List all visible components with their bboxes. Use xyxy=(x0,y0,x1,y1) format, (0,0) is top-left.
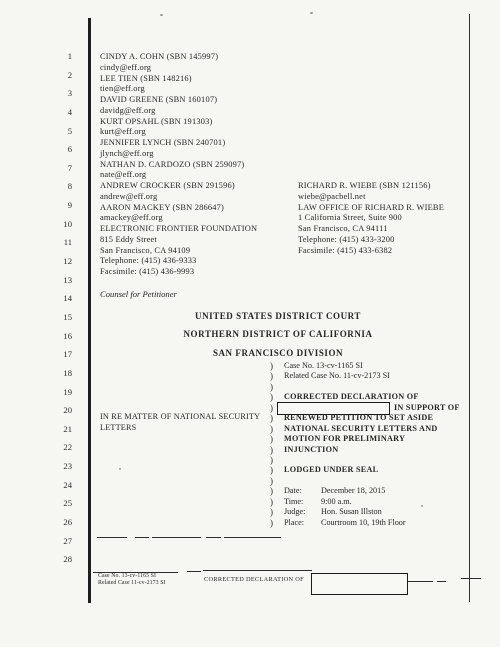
hearing-judge-row: Judge:Hon. Susan Illston xyxy=(284,507,460,517)
firm-city: San Francisco, CA 94109 xyxy=(100,246,257,257)
line-number: 15 xyxy=(56,312,78,331)
hearing-judge-value: Hon. Susan Illston xyxy=(321,507,382,516)
signature-dash-line xyxy=(206,537,221,538)
attorney-name: JENNIFER LYNCH (SBN 240701) xyxy=(100,138,257,149)
caption-bracket: ) xyxy=(270,413,273,423)
firm-name: ELECTRONIC FRONTIER FOUNDATION xyxy=(100,224,257,235)
footer-separator-line xyxy=(187,571,201,572)
line-number: 18 xyxy=(56,368,78,387)
signature-dash-line xyxy=(152,537,201,538)
hearing-date-value: December 18, 2015 xyxy=(321,486,385,495)
line-number: 23 xyxy=(56,461,78,480)
line-number: 17 xyxy=(56,349,78,368)
caption-bracket: ) xyxy=(270,518,273,528)
scanned-court-document-page: 1 2 3 4 5 6 7 8 9 10 11 12 13 14 15 16 1… xyxy=(0,0,500,647)
court-district: NORTHERN DISTRICT OF CALIFORNIA xyxy=(88,329,468,339)
attorney-email: wiebe@pacbell.net xyxy=(298,192,444,203)
hearing-time-row: Time:9:00 a.m. xyxy=(284,497,460,507)
line-number: 14 xyxy=(56,293,78,312)
line-number: 7 xyxy=(56,163,78,182)
footer-separator-line xyxy=(461,578,481,579)
footer-case-numbers: Case No. 13-cv-1165 SI Related Case 11-c… xyxy=(98,573,166,588)
line-number: 22 xyxy=(56,442,78,461)
court-division: SAN FRANCISCO DIVISION xyxy=(88,348,468,358)
hearing-date-row: Date:December 18, 2015 xyxy=(284,486,460,496)
signature-dash-line xyxy=(224,537,281,538)
attorney-name: DAVID GREENE (SBN 160107) xyxy=(100,95,257,106)
hearing-place-row: Place:Courtroom 10, 19th Floor xyxy=(284,518,460,528)
line-number: 16 xyxy=(56,331,78,350)
line-number: 25 xyxy=(56,498,78,517)
document-title-line: NATIONAL SECURITY LETTERS AND xyxy=(284,424,460,434)
line-number: 21 xyxy=(56,424,78,443)
caption-bracket: ) xyxy=(270,434,273,444)
line-number: 27 xyxy=(56,536,78,555)
caption-bracket: ) xyxy=(270,476,273,486)
line-number: 12 xyxy=(56,256,78,275)
redaction-box-declarant-name xyxy=(277,402,390,415)
footer-redaction-box xyxy=(311,573,408,595)
firm-street: 815 Eddy Street xyxy=(100,235,257,246)
attorney-email: kurt@eff.org xyxy=(100,127,257,138)
hearing-place-label: Place: xyxy=(284,518,321,528)
document-title-line: MOTION FOR PRELIMINARY xyxy=(284,434,460,444)
signature-dash-line xyxy=(97,537,127,538)
firm-facsimile: Facsimile: (415) 433-6382 xyxy=(298,246,444,257)
line-number: 5 xyxy=(56,126,78,145)
footer-case-number: Case No. 13-cv-1165 SI xyxy=(98,573,166,581)
hearing-date-label: Date: xyxy=(284,486,321,496)
pleading-right-rule xyxy=(469,14,470,602)
caption-bracket: ) xyxy=(270,382,273,392)
document-title-line: RENEWED PETITION TO SET ASIDE xyxy=(284,413,460,423)
firm-street: 1 California Street, Suite 900 xyxy=(298,213,444,224)
firm-telephone: Telephone: (415) 436-9333 xyxy=(100,256,257,267)
attorney-name: LEE TIEN (SBN 148216) xyxy=(100,74,257,85)
attorney-email: andrew@eff.org xyxy=(100,192,257,203)
line-number: 26 xyxy=(56,517,78,536)
caption-bracket: ) xyxy=(270,424,273,434)
firm-facsimile: Facsimile: (415) 436-9993 xyxy=(100,267,257,278)
attorney-email: cindy@eff.org xyxy=(100,63,257,74)
footer-separator-line xyxy=(203,570,312,571)
hearing-time-label: Time: xyxy=(284,497,321,507)
caption-bracket: ) xyxy=(270,371,273,381)
footer-separator-line xyxy=(406,581,433,582)
firm-name: LAW OFFICE OF RICHARD R. WIEBE xyxy=(298,203,444,214)
line-number: 4 xyxy=(56,107,78,126)
line-number: 10 xyxy=(56,219,78,238)
attorney-email: jlynch@eff.org xyxy=(100,149,257,160)
counsel-block-wiebe: RICHARD R. WIEBE (SBN 121156) wiebe@pacb… xyxy=(298,181,444,256)
caption-bracket: ) xyxy=(270,455,273,465)
line-number: 6 xyxy=(56,144,78,163)
caption-bracket: ) xyxy=(270,361,273,371)
hearing-judge-label: Judge: xyxy=(284,507,321,517)
counsel-for-petitioner: Counsel for Petitioner xyxy=(100,289,177,299)
caption-bracket: ) xyxy=(270,465,273,475)
caption-bracket: ) xyxy=(270,403,273,413)
caption-bracket: ) xyxy=(270,486,273,496)
line-number: 1 xyxy=(56,51,78,70)
attorney-email: amackey@eff.org xyxy=(100,213,257,224)
hearing-time-value: 9:00 a.m. xyxy=(321,497,352,506)
line-number: 3 xyxy=(56,88,78,107)
caption-bracket: ) xyxy=(270,497,273,507)
footer-document-title: CORRECTED DECLARATION OF xyxy=(204,576,304,583)
line-number: 8 xyxy=(56,181,78,200)
court-name: UNITED STATES DISTRICT COURT xyxy=(88,311,468,321)
line-number: 2 xyxy=(56,70,78,89)
line-number: 20 xyxy=(56,405,78,424)
caption-right-column: Case No. 13-cv-1165 SI Related Case No. … xyxy=(284,361,460,528)
caption-bracket: ) xyxy=(270,392,273,402)
scan-noise-speck xyxy=(160,14,163,16)
attorney-name: AARON MACKEY (SBN 286647) xyxy=(100,203,257,214)
line-number: 19 xyxy=(56,387,78,406)
lodged-under-seal: LODGED UNDER SEAL xyxy=(284,465,460,475)
line-number: 11 xyxy=(56,237,78,256)
attorney-name: NATHAN D. CARDOZO (SBN 259097) xyxy=(100,160,257,171)
scan-noise-speck xyxy=(310,12,313,14)
case-number: Case No. 13-cv-1165 SI xyxy=(284,361,460,371)
caption-bracket: ) xyxy=(270,445,273,455)
attorney-name: ANDREW CROCKER (SBN 291596) xyxy=(100,181,257,192)
hearing-place-value: Courtroom 10, 19th Floor xyxy=(321,518,406,527)
footer-related-case-number: Related Case 11-cv-2173 SI xyxy=(98,580,166,588)
caption-bracket-column: ) ) ) ) ) ) ) ) ) ) ) ) ) ) ) ) xyxy=(270,361,273,528)
caption-bracket: ) xyxy=(270,507,273,517)
line-number: 9 xyxy=(56,200,78,219)
line-number: 24 xyxy=(56,480,78,499)
caption-party-name: IN RE MATTER OF NATIONAL SECURITY LETTER… xyxy=(100,412,260,434)
caption-party-line: IN RE MATTER OF NATIONAL SECURITY xyxy=(100,412,260,423)
counsel-block-eff: CINDY A. COHN (SBN 145997) cindy@eff.org… xyxy=(100,52,257,278)
footer-separator-line xyxy=(437,581,446,582)
firm-city: San Francisco, CA 94111 xyxy=(298,224,444,235)
caption-party-line: LETTERS xyxy=(100,423,260,434)
document-title-line: INJUNCTION xyxy=(284,445,460,455)
attorney-name: KURT OPSAHL (SBN 191303) xyxy=(100,117,257,128)
pleading-line-numbers: 1 2 3 4 5 6 7 8 9 10 11 12 13 14 15 16 1… xyxy=(56,51,78,573)
attorney-email: tien@eff.org xyxy=(100,84,257,95)
attorney-email: davidg@eff.org xyxy=(100,106,257,117)
attorney-name: RICHARD R. WIEBE (SBN 121156) xyxy=(298,181,444,192)
scan-noise-speck xyxy=(421,505,423,507)
line-number: 28 xyxy=(56,554,78,573)
attorney-name: CINDY A. COHN (SBN 145997) xyxy=(100,52,257,63)
attorney-email: nate@eff.org xyxy=(100,170,257,181)
line-number: 13 xyxy=(56,275,78,294)
firm-telephone: Telephone: (415) 433-3200 xyxy=(298,235,444,246)
scan-noise-speck xyxy=(119,468,121,470)
signature-dash-line xyxy=(135,537,149,538)
related-case-number: Related Case No. 11-cv-2173 SI xyxy=(284,371,460,381)
